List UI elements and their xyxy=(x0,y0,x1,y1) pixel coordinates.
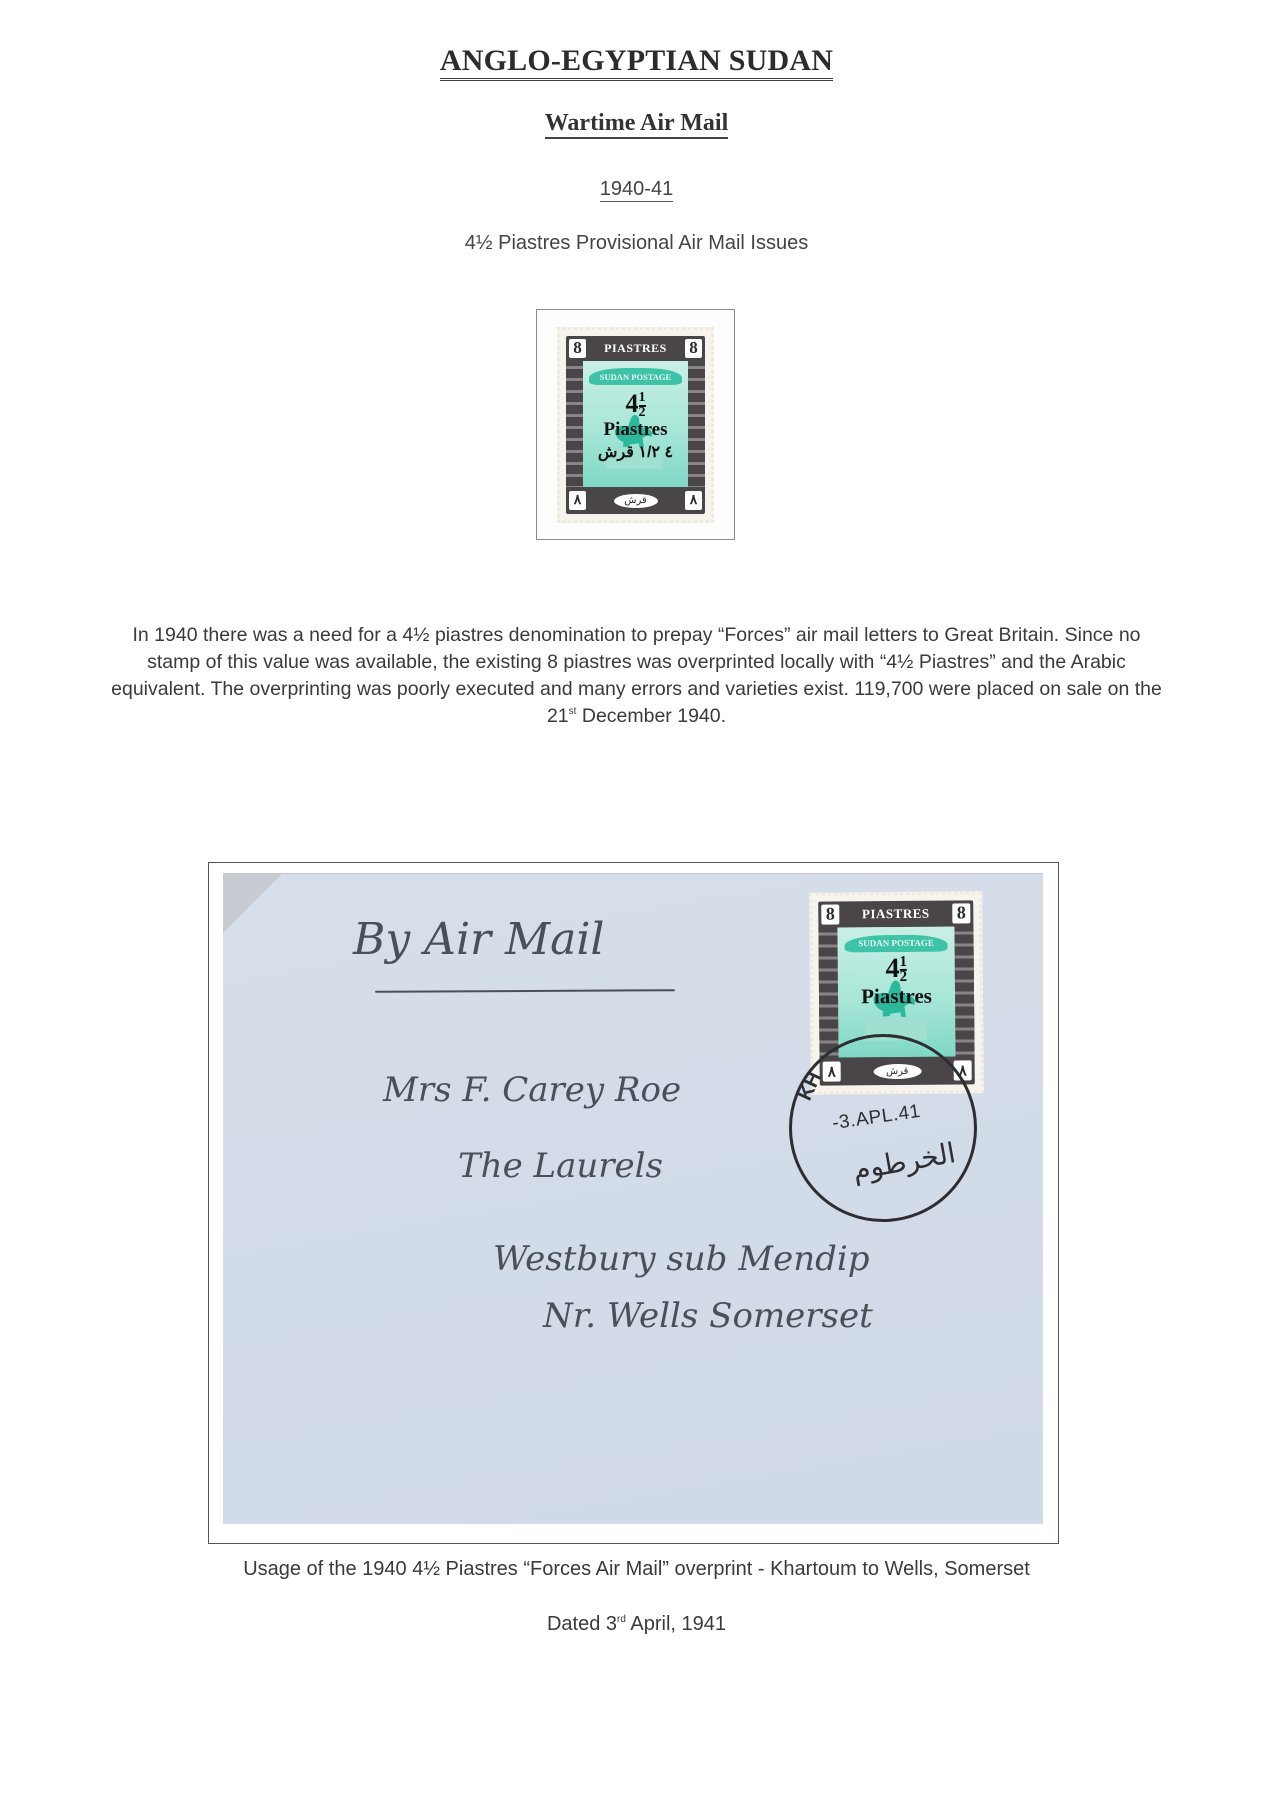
cover-date: Dated 3rd April, 1941 xyxy=(0,1613,1273,1636)
stamp-arabic-label: قرش xyxy=(614,494,658,508)
cover-stamp-country-banner: SUDAN POSTAGE xyxy=(844,934,948,952)
stamp-arabic-value-right: ٨ xyxy=(685,491,702,510)
cover-caption: Usage of the 1940 4½ Piastres “Forces Ai… xyxy=(0,1558,1273,1581)
cover-stamp-top-bar: 8 PIASTRES 8 xyxy=(818,900,973,927)
stamp-value-left: 8 xyxy=(569,339,586,358)
cover-overprint-denominator: 2 xyxy=(900,969,908,985)
stamp-value-right: 8 xyxy=(685,339,702,358)
years-text: 1940-41 xyxy=(600,178,673,202)
envelope-flap-corner xyxy=(223,874,283,934)
years-heading: 1940-41 xyxy=(0,178,1273,201)
overprint-denominator: 2 xyxy=(639,405,646,420)
stamp-vignette: SUDAN POSTAGE 412 Piastres ٤ ١/٢ قرش xyxy=(583,361,689,487)
postmark-town: KH xyxy=(794,1069,827,1105)
cover-stamp-value-label: PIASTRES xyxy=(862,906,930,923)
overprint-whole: 4 xyxy=(626,389,639,418)
page-title: ANGLO-EGYPTIAN SUDAN xyxy=(0,44,1273,78)
cover-date-text: Dated 3 xyxy=(547,1613,617,1635)
envelope: By Air Mail Mrs F. Carey Roe The Laurels… xyxy=(223,873,1043,1524)
address-line-4: Nr. Wells Somerset xyxy=(543,1296,873,1336)
khartoum-postmark: KH -3.APL.41 الخرطوم xyxy=(789,1034,977,1222)
cover-overprint-fraction: 12 xyxy=(899,956,907,985)
cover-stamp-ornament-right xyxy=(955,926,975,1057)
page-subtitle-text: Wartime Air Mail xyxy=(545,110,729,139)
postmark-arabic-town: الخرطوم xyxy=(850,1136,958,1187)
cover-overprint-unit: Piastres xyxy=(838,984,956,1010)
cover-frame: By Air Mail Mrs F. Carey Roe The Laurels… xyxy=(208,862,1059,1544)
air-mail-endorsement: By Air Mail xyxy=(353,914,604,965)
stamp-mount: 8 PIASTRES 8 SUDAN POSTAGE 412 Piastres … xyxy=(536,309,735,540)
mint-stamp: 8 PIASTRES 8 SUDAN POSTAGE 412 Piastres … xyxy=(557,327,714,523)
issue-heading: 4½ Piastres Provisional Air Mail Issues xyxy=(0,232,1273,255)
stamp-frame: 8 PIASTRES 8 SUDAN POSTAGE 412 Piastres … xyxy=(566,336,705,514)
stamp-side-ornament-right xyxy=(688,361,705,487)
stamp-side-ornament-left xyxy=(566,361,583,487)
cover-date-ordinal: rd xyxy=(617,1614,626,1625)
address-line-2: The Laurels xyxy=(458,1146,663,1186)
stamp-top-bar: 8 PIASTRES 8 xyxy=(566,336,705,361)
cover-overprint-value: 412 xyxy=(837,952,955,985)
cover-overprint-whole: 4 xyxy=(885,953,899,984)
cover-stamp-ornament-left xyxy=(818,927,838,1058)
page-title-text: ANGLO-EGYPTIAN SUDAN xyxy=(440,44,833,81)
page-subtitle: Wartime Air Mail xyxy=(0,110,1273,137)
overprint-value: 412 xyxy=(583,389,689,420)
endorsement-underline xyxy=(375,989,675,993)
address-line-1: Mrs F. Carey Roe xyxy=(383,1070,681,1110)
stamp-country-banner: SUDAN POSTAGE xyxy=(589,368,682,384)
cover-date-text-end: April, 1941 xyxy=(626,1613,726,1635)
stamp-bottom-bar: ٨ قرش ٨ xyxy=(566,487,705,514)
stamp-arabic-value-left: ٨ xyxy=(569,491,586,510)
description-text-end: December 1940. xyxy=(576,705,726,727)
address-line-3: Westbury sub Mendip xyxy=(493,1239,870,1279)
overprint-fraction: 12 xyxy=(639,392,646,419)
cover-stamp-value-right: 8 xyxy=(952,903,970,923)
postmark-date: -3.APL.41 xyxy=(831,1101,922,1135)
cover-stamp-value-left: 8 xyxy=(821,904,839,924)
description-paragraph: In 1940 there was a need for a 4½ piastr… xyxy=(110,622,1163,730)
overprint-unit: Piastres xyxy=(583,419,689,441)
overprint-arabic: ٤ ١/٢ قرش xyxy=(583,442,689,462)
stamp-value-label: PIASTRES xyxy=(604,341,667,356)
